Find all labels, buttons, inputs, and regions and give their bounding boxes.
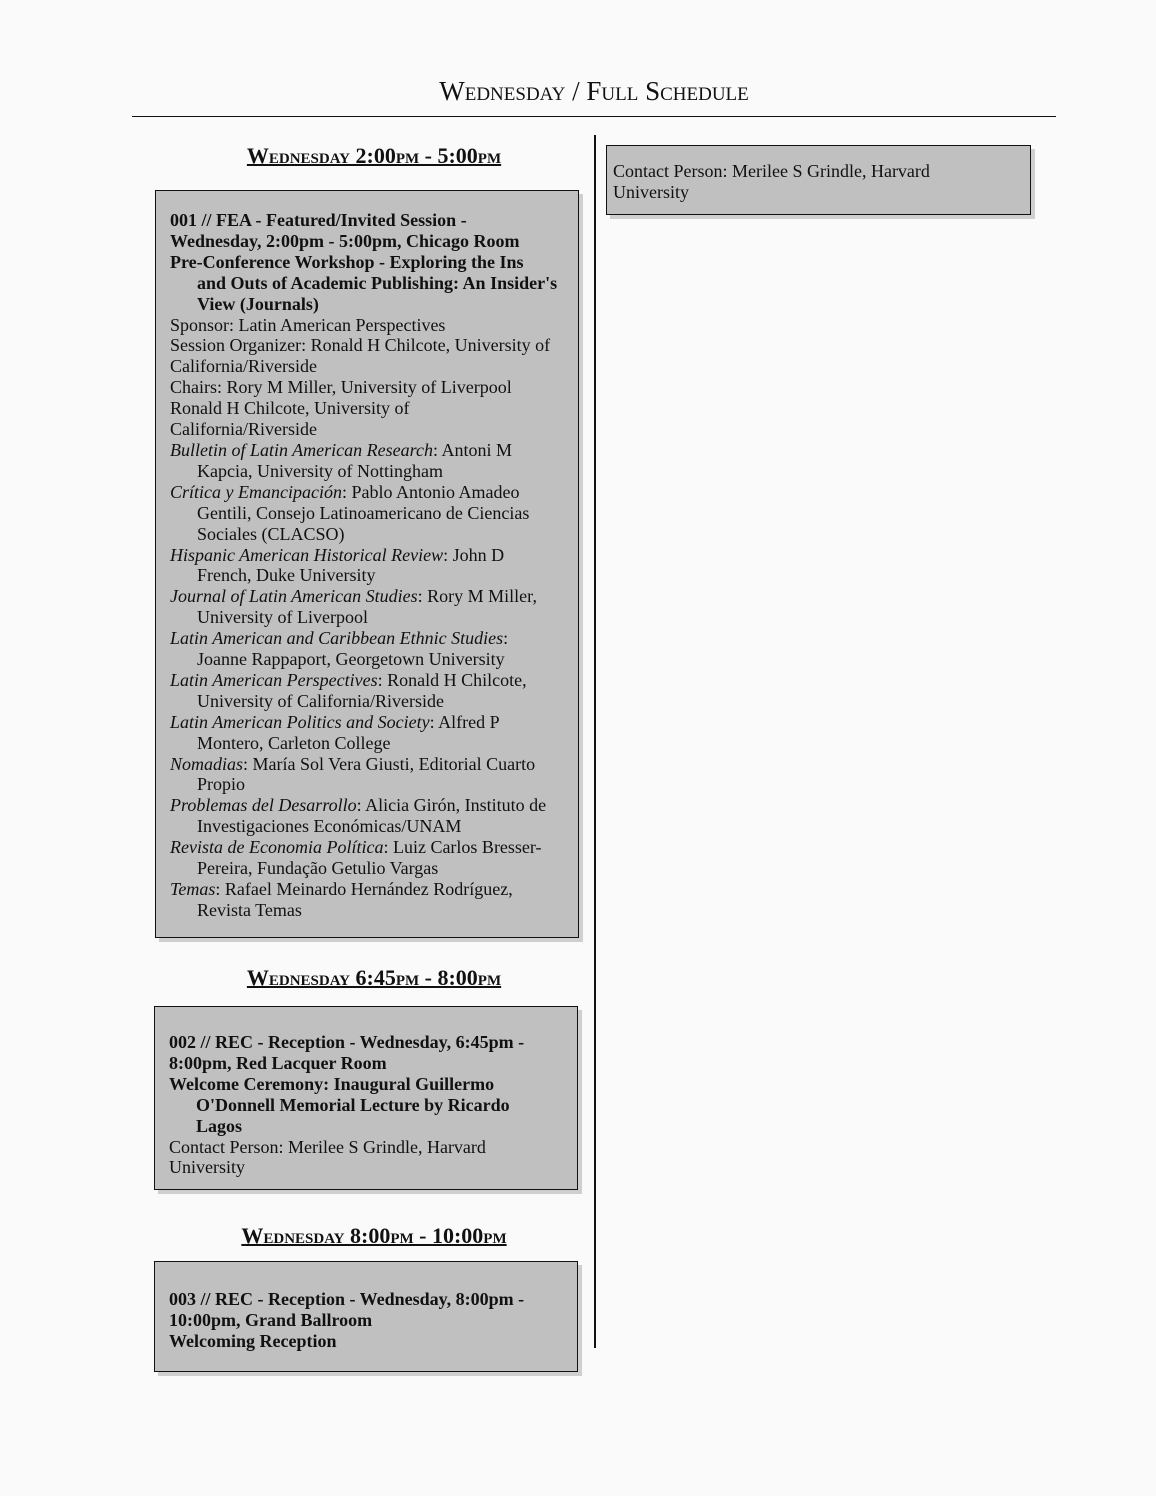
session-chairs: Ronald H Chilcote, University of <box>170 398 578 419</box>
session-chairs: Chairs: Rory M Miller, University of Liv… <box>170 377 578 398</box>
session-header-line: 8:00pm, Red Lacquer Room <box>169 1053 577 1074</box>
session-organizer: California/Riverside <box>170 356 578 377</box>
journal-title: Hispanic American Historical Review <box>170 545 443 565</box>
journal-title: Problemas del Desarrollo <box>170 795 357 815</box>
journal-title: Journal of Latin American Studies <box>170 586 418 606</box>
participant-continuation: Investigaciones Económicas/UNAM <box>170 816 578 837</box>
journal-title: Temas <box>170 879 215 899</box>
session-card-001: 001 // FEA - Featured/Invited Session - … <box>155 190 579 938</box>
session-header-line: 10:00pm, Grand Ballroom <box>169 1310 577 1331</box>
journal-title: Crítica y Emancipación <box>170 482 342 502</box>
journal-title: Nomadias <box>170 754 243 774</box>
session-card-003: 003 // REC - Reception - Wednesday, 8:00… <box>154 1261 578 1372</box>
session-card-002: 002 // REC - Reception - Wednesday, 6:45… <box>154 1006 578 1190</box>
session-title-line: Welcoming Reception <box>169 1331 577 1352</box>
participant-name: : Rory M Miller, <box>418 586 537 606</box>
participant-entry: Problemas del Desarrollo: Alicia Girón, … <box>170 795 578 816</box>
participant-continuation: Joanne Rappaport, Georgetown University <box>170 649 578 670</box>
participant-name: : Antoni M <box>433 440 512 460</box>
journal-title: Latin American Politics and Society <box>170 712 430 732</box>
session-header-line: Wednesday, 2:00pm - 5:00pm, Chicago Room <box>170 231 578 252</box>
participant-entry: Temas: Rafael Meinardo Hernández Rodrígu… <box>170 879 578 900</box>
journal-title: Latin American and Caribbean Ethnic Stud… <box>170 628 503 648</box>
participant-continuation: Revista Temas <box>170 900 578 921</box>
participant-continuation: Gentili, Consejo Latinoamericano de Cien… <box>170 503 578 524</box>
session-sponsor: Sponsor: Latin American Perspectives <box>170 315 578 336</box>
participant-name: : Luiz Carlos Bresser- <box>383 837 541 857</box>
participant-entry: Journal of Latin American Studies: Rory … <box>170 586 578 607</box>
header-rule <box>132 116 1056 117</box>
participant-name: : <box>503 628 508 648</box>
participant-entry: Crítica y Emancipación: Pablo Antonio Am… <box>170 482 578 503</box>
session-title-line: and Outs of Academic Publishing: An Insi… <box>170 273 578 294</box>
participant-continuation: Sociales (CLACSO) <box>170 524 578 545</box>
participant-entry: Bulletin of Latin American Research: Ant… <box>170 440 578 461</box>
session-title-line: Welcome Ceremony: Inaugural Guillermo <box>169 1074 577 1095</box>
column-divider <box>594 135 596 1348</box>
session-organizer: Session Organizer: Ronald H Chilcote, Un… <box>170 335 578 356</box>
participant-entry: Hispanic American Historical Review: Joh… <box>170 545 578 566</box>
session-contact: Contact Person: Merilee S Grindle, Harva… <box>613 161 1030 182</box>
journal-title: Latin American Perspectives <box>170 670 378 690</box>
journal-title: Bulletin of Latin American Research <box>170 440 433 460</box>
participant-name: : María Sol Vera Giusti, Editorial Cuart… <box>243 754 535 774</box>
participant-entry: Latin American Politics and Society: Alf… <box>170 712 578 733</box>
participant-name: : Rafael Meinardo Hernández Rodríguez, <box>215 879 512 899</box>
participant-continuation: Kapcia, University of Nottingham <box>170 461 578 482</box>
participant-name: : John D <box>443 545 504 565</box>
participant-continuation: Propio <box>170 774 578 795</box>
participant-entry: Latin American Perspectives: Ronald H Ch… <box>170 670 578 691</box>
participant-name: : Alicia Girón, Instituto de <box>357 795 546 815</box>
session-title-line: View (Journals) <box>170 294 578 315</box>
slot-heading-3: Wednesday 8:00pm - 10:00pm <box>155 1224 593 1246</box>
continuation-card: Contact Person: Merilee S Grindle, Harva… <box>606 145 1031 215</box>
session-title-line: Pre-Conference Workshop - Exploring the … <box>170 252 578 273</box>
participant-continuation: University of Liverpool <box>170 607 578 628</box>
session-contact: Contact Person: Merilee S Grindle, Harva… <box>169 1137 577 1158</box>
participant-entry: Revista de Economia Política: Luiz Carlo… <box>170 837 578 858</box>
session-header-line: 001 // FEA - Featured/Invited Session - <box>170 210 578 231</box>
participant-name: : Pablo Antonio Amadeo <box>342 482 520 502</box>
session-header-line: 002 // REC - Reception - Wednesday, 6:45… <box>169 1032 577 1053</box>
participant-name: : Alfred P <box>430 712 500 732</box>
participant-continuation: University of California/Riverside <box>170 691 578 712</box>
slot-heading-1: Wednesday 2:00pm - 5:00pm <box>155 144 593 166</box>
participant-entry: Nomadias: María Sol Vera Giusti, Editori… <box>170 754 578 775</box>
participant-continuation: French, Duke University <box>170 565 578 586</box>
slot-heading-2: Wednesday 6:45pm - 8:00pm <box>155 966 593 988</box>
session-header-line: 003 // REC - Reception - Wednesday, 8:00… <box>169 1289 577 1310</box>
session-title-line: Lagos <box>169 1116 577 1137</box>
session-contact: University <box>169 1157 577 1178</box>
participant-name: : Ronald H Chilcote, <box>378 670 527 690</box>
page-title: Wednesday / Full Schedule <box>132 74 1056 108</box>
session-chairs: California/Riverside <box>170 419 578 440</box>
participant-continuation: Montero, Carleton College <box>170 733 578 754</box>
session-title-line: O'Donnell Memorial Lecture by Ricardo <box>169 1095 577 1116</box>
participant-entry: Latin American and Caribbean Ethnic Stud… <box>170 628 578 649</box>
journal-title: Revista de Economia Política <box>170 837 383 857</box>
participant-continuation: Pereira, Fundação Getulio Vargas <box>170 858 578 879</box>
session-contact: University <box>613 182 1030 203</box>
